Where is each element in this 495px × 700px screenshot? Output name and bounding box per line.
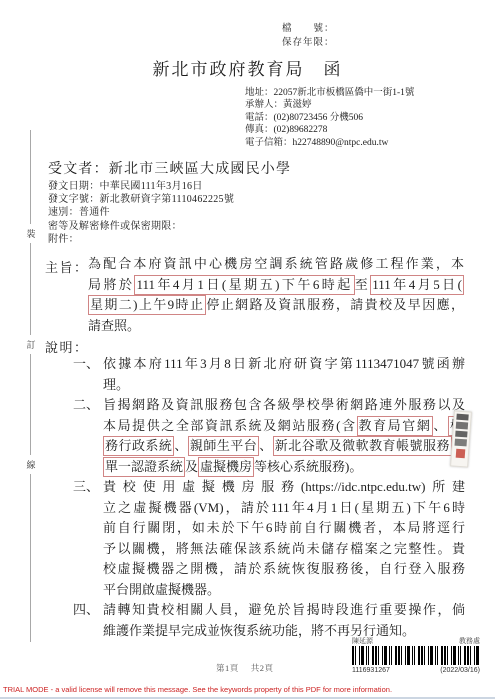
- document-title: 新北市政府教育局 函: [0, 55, 495, 80]
- document-number: 發文字號：新北教研資字第1110462225號: [48, 193, 234, 206]
- stamp-text-block: [455, 439, 467, 447]
- document-text-line: 為配合本府資訊中心機房空調系統管路歲修工程作業，本: [88, 254, 464, 275]
- explanation-item: 三、貴校使用虛擬機房服務(https://idc.ntpc.edu.tw)所建立…: [103, 477, 465, 600]
- speed-class: 速別：普通件: [48, 206, 234, 219]
- receive-stamp: [450, 410, 472, 467]
- red-highlight-box: 教育局官網: [357, 416, 434, 436]
- text-segment: 前自行關閉，如未於下午6時前自行關機者，本局將逕行: [103, 520, 465, 535]
- red-highlight-box: 111年4月1日(星期五)下午6時起: [134, 275, 354, 295]
- agency-email: 電子信箱：h22748890@ntpc.edu.tw: [245, 137, 414, 149]
- issue-date: 發文日期：中華民國111年3月16日: [48, 180, 234, 193]
- document-text-line: 務行政系統、親師生平台、新北谷歌及微軟教育帳號服務、: [103, 436, 465, 457]
- red-seal-icon: [455, 449, 465, 459]
- document-text-line: 本局提供之全部資訊系統及網站服務(含教育局官網、校: [103, 416, 465, 437]
- document-text-line: 貴校使用虛擬機房服務(https://idc.ntpc.edu.tw)所建: [103, 477, 465, 498]
- item-number: 一、: [73, 354, 99, 375]
- text-segment: 、: [259, 438, 272, 453]
- retention-label: 保存年限：: [282, 37, 335, 51]
- document-text-line: 請轉知貴校相關人員，避免於旨揭時段進行重要操作，倘: [103, 600, 465, 621]
- red-highlight-box: 單一認證系統: [103, 457, 185, 477]
- subject-body: 為配合本府資訊中心機房空調系統管路歲修工程作業，本局將於111年4月1日(星期五…: [88, 254, 464, 336]
- text-segment: 立之虛擬機器(VM)，請於111年4月1日(星期五)下午6時: [103, 500, 465, 515]
- document-text-line: 請查照。: [88, 316, 464, 337]
- red-highlight-box: 111年4月5日(: [370, 275, 464, 295]
- stamp-text-block: [456, 422, 468, 430]
- explanation-item: 一、依據本府111年3月8日新北府研資字第1113471047號函辦理。: [103, 354, 465, 395]
- explanation-item: 二、旨揭網路及資訊服務包含各級學校學術網路連外服務以及本局提供之全部資訊系統及網…: [103, 395, 465, 477]
- signer-unit: 教務處: [459, 636, 480, 646]
- text-segment: 及: [185, 459, 198, 474]
- banner-divider-line: [0, 697, 495, 699]
- document-text-line: 星期二)上午9時止停止網路及資訊服務，請貴校及早因應，: [88, 295, 464, 316]
- barcode-date: (2022/03/16): [440, 667, 480, 674]
- text-segment: 校虛擬機器之開機，請於系統恢復服務後，自行登入服務: [103, 561, 465, 576]
- item-number: 三、: [73, 477, 99, 498]
- agency-address: 地址：22057新北市板橋區僑中一街1-1號: [245, 87, 414, 99]
- agency-contact-person: 承辦人：黃滋婷: [245, 99, 414, 111]
- red-highlight-box: 務行政系統: [103, 436, 174, 456]
- item-number: 二、: [73, 395, 99, 416]
- page-number-info: 第1頁共2頁: [216, 662, 286, 674]
- document-text-line: 局將於111年4月1日(星期五)下午6時起至111年4月5日(: [88, 275, 464, 296]
- document-text-line: 旨揭網路及資訊服務包含各級學校學術網路連外服務以及: [103, 395, 465, 416]
- document-text-line: 校虛擬機器之開機，請於系統恢復服務後，自行登入服務: [103, 559, 465, 580]
- text-segment: 請轉知貴校相關人員，避免於旨揭時段進行重要操作，倘: [103, 602, 465, 617]
- text-segment: 請查照。: [88, 318, 140, 333]
- item-number: 四、: [73, 600, 99, 621]
- agency-phone: 電話：(02)80723456 分機506: [245, 112, 414, 124]
- document-text-line: 立之虛擬機器(VM)，請於111年4月1日(星期五)下午6時: [103, 498, 465, 519]
- document-meta-block: 發文日期：中華民國111年3月16日 發文字號：新北教研資字第111046222…: [48, 180, 234, 246]
- agency-contact-block: 地址：22057新北市板橋區僑中一街1-1號 承辦人：黃滋婷 電話：(02)80…: [245, 87, 414, 149]
- binding-fold-line: [30, 130, 31, 642]
- document-text-line: 依據本府111年3月8日新北府研資字第1113471047號函辦: [103, 354, 465, 375]
- file-no-label: 檔 號：: [282, 23, 335, 37]
- text-segment: 、: [433, 418, 448, 433]
- text-segment: 旨揭網路及資訊服務包含各級學校學術網路連外服務以及: [103, 397, 465, 412]
- document-text-line: 單一認證系統及虛擬機房等核心系統服務)。: [103, 457, 465, 478]
- total-pages: 共2頁: [251, 663, 274, 673]
- text-segment: 貴校使用虛擬機房服務(https://idc.ntpc.edu.tw)所建: [103, 479, 465, 494]
- text-segment: 予以關機，將無法確保該系統尚未儲存檔案之完整性。貴: [103, 541, 465, 556]
- text-segment: 依據本府111年3月8日新北府研資字第1113471047號函辦: [103, 356, 465, 371]
- text-segment: 局將於: [88, 277, 134, 292]
- stamp-text-block: [456, 414, 468, 421]
- text-segment: 停止網路及資訊服務，請貴校及早因應，: [206, 297, 464, 312]
- binding-mark-xian: 線: [25, 455, 37, 474]
- text-segment: 、: [174, 438, 187, 453]
- security-class: 密等及解密條件或保密期限：: [48, 220, 234, 233]
- official-letter-page: 檔 號： 保存年限： 新北市政府教育局 函 地址：22057新北市板橋區僑中一街…: [0, 0, 495, 700]
- document-text-line: 予以關機，將無法確保該系統尚未儲存檔案之完整性。貴: [103, 539, 465, 560]
- text-segment: 本局提供之全部資訊系統及網站服務(含: [103, 418, 357, 433]
- text-segment: 理。: [103, 377, 129, 392]
- red-highlight-box: 親師生平台: [188, 436, 259, 456]
- barcode-image: [352, 646, 480, 665]
- red-highlight-box: 虛擬機房: [198, 457, 254, 477]
- stamp-text-block: [455, 431, 467, 438]
- document-text-line: 理。: [103, 375, 465, 396]
- trial-mode-banner: TRIAL MODE - a valid license will remove…: [3, 685, 392, 694]
- file-number-block: 檔 號： 保存年限：: [282, 23, 335, 50]
- document-text-line: 前自行關閉，如未於下午6時前自行關機者，本局將逕行: [103, 518, 465, 539]
- agency-fax: 傳真：(02)89682278: [245, 124, 414, 136]
- explanation-list: 一、依據本府111年3月8日新北府研資字第1113471047號函辦理。二、旨揭…: [103, 354, 465, 641]
- red-highlight-box: 新北谷歌及微軟教育帳號服務: [273, 436, 452, 456]
- signature-row: 陳延源 教務處: [352, 636, 480, 646]
- signer-name: 陳延源: [352, 636, 373, 646]
- barcode-number: 1116931267: [352, 667, 390, 674]
- current-page: 第1頁: [216, 663, 239, 673]
- binding-mark-zhuang: 裝: [25, 224, 37, 243]
- binding-mark-ding: 訂: [25, 335, 37, 354]
- attachment-label: 附件：: [48, 233, 234, 246]
- document-text-line: 平台開啟虛擬機器。: [103, 580, 465, 601]
- barcode-caption-row: 1116931267 (2022/03/16): [352, 667, 480, 674]
- text-segment: 至: [355, 277, 370, 292]
- red-highlight-box: 星期二)上午9時止: [88, 295, 206, 315]
- text-segment: 等核心系統服務)。: [254, 459, 362, 474]
- recipient-line: 受文者：新北市三峽區大成國民小學: [48, 158, 291, 178]
- explanation-item: 四、請轉知貴校相關人員，避免於旨揭時段進行重要操作，倘維護作業提早完成並恢復系統…: [103, 600, 465, 641]
- subject-label: 主旨：: [45, 257, 89, 276]
- text-segment: 為配合本府資訊中心機房空調系統管路歲修工程作業，本: [88, 256, 464, 271]
- text-segment: 平台開啟虛擬機器。: [103, 582, 220, 597]
